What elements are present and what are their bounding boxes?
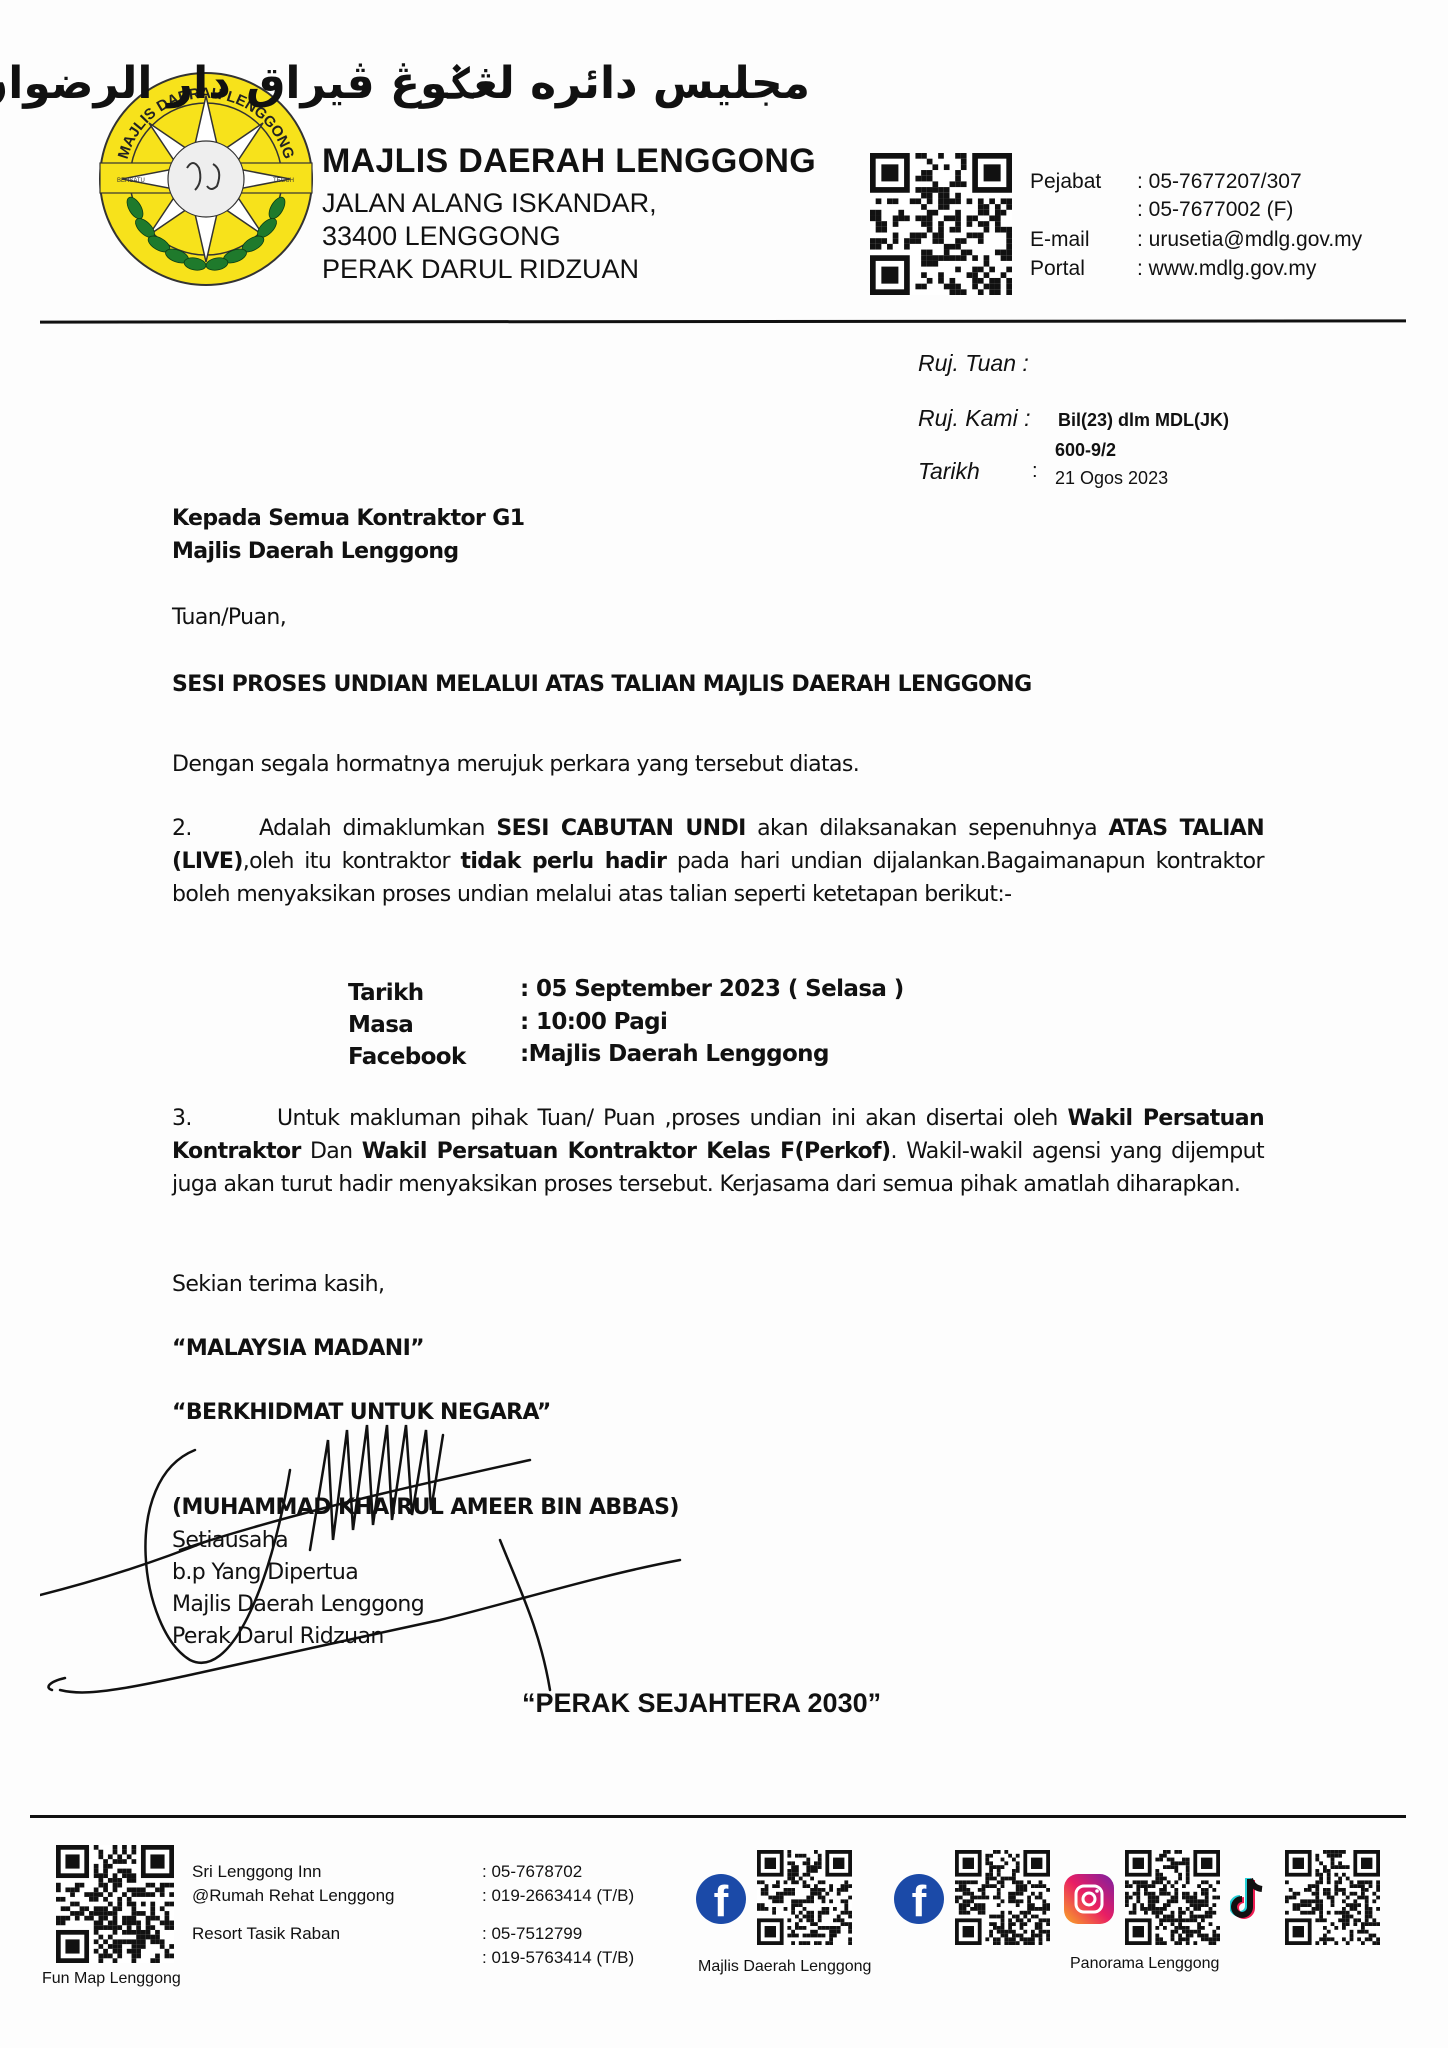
social-caption-panorama: Panorama Lenggong xyxy=(1070,1955,1219,1973)
signature xyxy=(40,1390,760,1710)
schedule-date-label: Tarikh xyxy=(348,980,424,1006)
para2-bold-3: tidak perlu hadir xyxy=(460,849,666,874)
accommodation-name-1: Sri Lenggong Inn xyxy=(192,1862,322,1882)
address-line-1: JALAN ALANG ISKANDAR, xyxy=(322,188,657,219)
accommodation-phone-2: : 019-2663414 (T/B) xyxy=(482,1886,634,1906)
signatory-title-2: b.p Yang Dipertua xyxy=(172,1560,358,1585)
facebook-icon[interactable]: f xyxy=(696,1874,746,1924)
para3-text-2: Dan xyxy=(301,1139,362,1164)
facebook-qr-code-icon[interactable] xyxy=(955,1850,1050,1945)
ref-tuan-label: Ruj. Tuan : xyxy=(918,350,1029,377)
schedule-date-value: : 05 September 2023 ( Selasa ) xyxy=(520,976,904,1002)
instagram-qr-code-icon[interactable] xyxy=(1125,1850,1220,1945)
contact-value-office: : 05-7677207/307 xyxy=(1137,170,1302,194)
ref-kami-label: Ruj. Kami : xyxy=(918,405,1030,432)
contact-label-email: E-mail xyxy=(1030,228,1090,252)
para3-bold-2: Wakil Persatuan Kontraktor Kelas F(Perko… xyxy=(362,1139,891,1164)
header-divider xyxy=(40,319,1406,323)
contact-value-email[interactable]: : urusetia@mdlg.gov.my xyxy=(1137,228,1362,252)
letter-subject: SESI PROSES UNDIAN MELALUI ATAS TALIAN M… xyxy=(172,672,1032,697)
paragraph-3: 3.Untuk makluman pihak Tuan/ Puan ,prose… xyxy=(172,1102,1264,1201)
jawi-council-name: مجليس دائره لڠݢوڠ ڤيراق دار الرضوان xyxy=(305,58,810,109)
recipient-line-2: Majlis Daerah Lenggong xyxy=(172,539,459,564)
social-caption-mdl: Majlis Daerah Lenggong xyxy=(698,1958,871,1976)
address-line-2: 33400 LENGGONG xyxy=(322,221,561,252)
contact-label-portal: Portal xyxy=(1030,257,1085,281)
council-name: MAJLIS DAERAH LENGGONG xyxy=(322,142,816,181)
accommodation-name-2: @Rumah Rehat Lenggong xyxy=(192,1886,395,1906)
logo-left-label: BERSATU xyxy=(117,178,145,184)
date-value: 21 Ogos 2023 xyxy=(1055,468,1168,489)
accommodation-phone-3: : 05-7512799 xyxy=(482,1924,582,1944)
paragraph-2: 2.Adalah dimaklumkan SESI CABUTAN UNDI a… xyxy=(172,812,1264,911)
opening-line: Dengan segala hormatnya merujuk perkara … xyxy=(172,752,859,777)
logo-right-label: TEGUH xyxy=(273,178,294,184)
signatory-name: (MUHAMMAD KHAIRUL AMEER BIN ABBAS) xyxy=(172,1495,679,1520)
tiktok-qr-code-icon[interactable] xyxy=(1285,1850,1380,1945)
date-label: Tarikh xyxy=(918,458,980,485)
fun-map-label: Fun Map Lenggong xyxy=(42,1970,181,1988)
footer-divider xyxy=(30,1815,1406,1818)
instagram-icon[interactable] xyxy=(1064,1874,1114,1924)
closing-line: Sekian terima kasih, xyxy=(172,1272,384,1297)
para2-text-2: akan dilaksanakan sepenuhnya xyxy=(746,816,1109,841)
signatory-title-3: Majlis Daerah Lenggong xyxy=(172,1592,424,1617)
contact-value-fax: : 05-7677002 (F) xyxy=(1137,198,1293,222)
address-line-3: PERAK DARUL RIDZUAN xyxy=(322,254,639,285)
salutation: Tuan/Puan, xyxy=(172,605,286,630)
fun-map-qr-code-icon[interactable] xyxy=(56,1845,174,1963)
schedule-time-label: Masa xyxy=(348,1012,413,1038)
para3-number: 3. xyxy=(172,1102,277,1135)
signatory-title-1: Setiausaha xyxy=(172,1528,288,1553)
motto-malaysia-madani: “MALAYSIA MADANI” xyxy=(172,1336,424,1361)
qr-code-icon[interactable] xyxy=(870,153,1012,295)
schedule-time-value: : 10:00 Pagi xyxy=(520,1009,667,1035)
accommodation-name-3: Resort Tasik Raban xyxy=(192,1924,340,1944)
para2-bold-1: SESI CABUTAN UNDI xyxy=(496,816,745,841)
signatory-title-4: Perak Darul Ridzuan xyxy=(172,1624,384,1649)
para2-text-3: ,oleh itu kontraktor xyxy=(243,849,461,874)
date-colon: : xyxy=(1032,460,1038,483)
tiktok-icon[interactable] xyxy=(1230,1874,1270,1924)
recipient-line-1: Kepada Semua Kontraktor G1 xyxy=(172,506,524,531)
accommodation-phone-4: : 019-5763414 (T/B) xyxy=(482,1948,634,1968)
schedule-facebook-value: :Majlis Daerah Lenggong xyxy=(520,1041,829,1067)
contact-label-office: Pejabat xyxy=(1030,170,1101,194)
slogan-perak-sejahtera: “PERAK SEJAHTERA 2030” xyxy=(522,1688,881,1719)
para2-number: 2. xyxy=(172,812,259,845)
facebook-icon[interactable]: f xyxy=(894,1874,944,1924)
ref-kami-value-1: Bil(23) dlm MDL(JK) xyxy=(1058,410,1229,431)
accommodation-phone-1: : 05-7678702 xyxy=(482,1862,582,1882)
para2-text-1: Adalah dimaklumkan xyxy=(259,816,496,841)
motto-berkhidmat: “BERKHIDMAT UNTUK NEGARA” xyxy=(172,1400,551,1425)
facebook-qr-code-icon[interactable] xyxy=(757,1850,852,1945)
para3-text-1: Untuk makluman pihak Tuan/ Puan ,proses … xyxy=(277,1106,1067,1131)
ref-kami-value-2: 600-9/2 xyxy=(1055,440,1116,461)
contact-value-portal[interactable]: : www.mdlg.gov.my xyxy=(1137,257,1316,281)
schedule-facebook-label: Facebook xyxy=(348,1044,466,1070)
